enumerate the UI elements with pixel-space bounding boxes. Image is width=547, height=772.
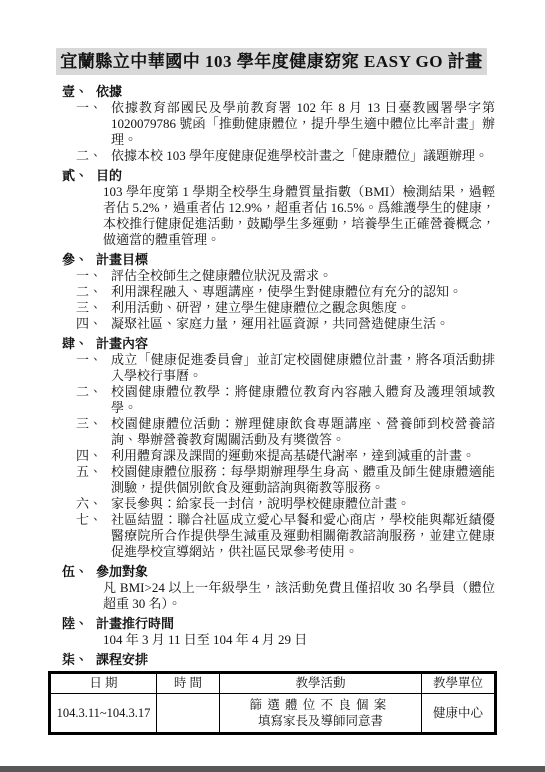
item-text: 評估全校師生之健康體位狀況及需求。 (111, 268, 495, 284)
activity-line-1: 篩選體位不良個案 (220, 697, 421, 713)
section-paragraph: 103 學年度第 1 學期全校學生身體質量指數（BMI）檢測結果，過輕者佔 5.… (48, 184, 495, 248)
section-number: 柒、 (62, 652, 96, 668)
col-header-activity: 教學活動 (220, 673, 422, 694)
list-item: 五、 校園健康體位服務：每學期辦理學生身高、體重及師生健康體適能測驗，提供個別飲… (48, 464, 495, 496)
list-item: 一、 成立「健康促進委員會」並訂定校園健康體位計畫，將各項活動排入學校行事曆。 (48, 352, 495, 384)
section-participants: 伍、 參加對象 凡 BMI>24 以上一年級學生，該活動免費且僅招收 30 名學… (48, 564, 495, 612)
table-row: 104.3.11~104.3.17 篩選體位不良個案 填寫家長及導師同意書 健康… (50, 694, 496, 734)
section-paragraph: 凡 BMI>24 以上一年級學生，該活動免費且僅招收 30 名學員（體位超重 3… (48, 580, 495, 612)
list-item: 四、 利用體育課及課間的運動來提高基礎代謝率，達到減重的計畫。 (48, 448, 495, 464)
list-item: 一、 依據教育部國民及學前教育署 102 年 8 月 13 日臺教國署學字第 1… (48, 100, 495, 148)
section-curriculum: 柒、 課程安排 日 期 時 間 教學活動 教學單位 (48, 652, 495, 735)
list-item: 七、 社區結盟：聯合社區成立愛心早餐和愛心商店，學校能與鄰近績優醫療院所合作提供… (48, 512, 495, 560)
item-number: 二、 (76, 148, 111, 164)
cell-date: 104.3.11~104.3.17 (50, 694, 157, 734)
col-header-unit: 教學單位 (422, 673, 496, 694)
item-text: 社區結盟：聯合社區成立愛心早餐和愛心商店，學校能與鄰近績優醫療院所合作提供學生減… (111, 512, 495, 560)
section-schedule-period: 陸、 計畫推行時間 104 年 3 月 11 日至 104 年 4 月 29 日 (48, 616, 495, 648)
item-number: 三、 (76, 416, 111, 448)
list-item: 一、 評估全校師生之健康體位狀況及需求。 (48, 268, 495, 284)
item-number: 一、 (76, 268, 111, 284)
item-number: 六、 (76, 496, 111, 512)
item-text: 校園健康體位活動：辦理健康飲食專題講座、營養師到校營養諮詢、舉辦營養教育闖關活動… (111, 416, 495, 448)
cell-activity: 篩選體位不良個案 填寫家長及導師同意書 (220, 694, 422, 734)
item-number: 四、 (76, 316, 111, 332)
section-purpose: 貳、 目的 103 學年度第 1 學期全校學生身體質量指數（BMI）檢測結果，過… (48, 168, 495, 248)
section-paragraph: 104 年 3 月 11 日至 104 年 4 月 29 日 (48, 632, 495, 648)
item-text: 家長參與：給家長一封信，說明學校健康體位計畫。 (111, 496, 495, 512)
section-title: 計畫目標 (96, 252, 148, 268)
col-header-date: 日 期 (50, 673, 157, 694)
document-title: 宜蘭縣立中華國中 103 學年度健康窈窕 EASY GO 計畫 (56, 48, 486, 75)
schedule-table: 日 期 時 間 教學活動 教學單位 104.3.11~104.3.17 篩選體位… (48, 671, 497, 735)
section-title: 參加對象 (96, 564, 148, 580)
list-item: 二、 利用課程融入、專題講座，使學生對健康體位有充分的認知。 (48, 284, 495, 300)
section-heading: 柒、 課程安排 (48, 652, 495, 668)
item-text: 利用體育課及課間的運動來提高基礎代謝率，達到減重的計畫。 (111, 448, 495, 464)
section-number: 參、 (62, 252, 96, 268)
section-heading: 參、 計畫目標 (48, 252, 495, 268)
list-item: 四、 凝聚社區、家庭力量，運用社區資源，共同營造健康生活。 (48, 316, 495, 332)
section-heading: 伍、 參加對象 (48, 564, 495, 580)
item-text: 凝聚社區、家庭力量，運用社區資源，共同營造健康生活。 (111, 316, 495, 332)
section-heading: 壹、 依據 (48, 84, 495, 100)
section-number: 壹、 (62, 84, 96, 100)
section-heading: 肆、 計畫內容 (48, 336, 495, 352)
cell-time (157, 694, 220, 734)
document-page: 宜蘭縣立中華國中 103 學年度健康窈窕 EASY GO 計畫 壹、 依據 一、… (0, 0, 547, 772)
item-number: 四、 (76, 448, 111, 464)
activity-line-2: 填寫家長及導師同意書 (220, 713, 421, 729)
item-text: 利用課程融入、專題講座，使學生對健康體位有充分的認知。 (111, 284, 495, 300)
item-text: 利用活動、研習，建立學生健康體位之觀念與態度。 (111, 300, 495, 316)
item-text: 校園健康體位服務：每學期辦理學生身高、體重及師生健康體適能測驗，提供個別飲食及運… (111, 464, 495, 496)
section-title: 目的 (96, 168, 122, 184)
section-goals: 參、 計畫目標 一、 評估全校師生之健康體位狀況及需求。 二、 利用課程融入、專… (48, 252, 495, 332)
item-number: 二、 (76, 284, 111, 300)
item-number: 一、 (76, 100, 111, 148)
document-content: 宜蘭縣立中華國中 103 學年度健康窈窕 EASY GO 計畫 壹、 依據 一、… (0, 0, 545, 735)
col-header-time: 時 間 (157, 673, 220, 694)
section-number: 陸、 (62, 616, 96, 632)
list-item: 二、 依據本校 103 學年度健康促進學校計畫之「健康體位」議題辦理。 (48, 148, 495, 164)
item-text: 依據教育部國民及學前教育署 102 年 8 月 13 日臺教國署學字第 1020… (111, 100, 495, 148)
item-text: 校園健康體位教學：將健康體位教育內容融入體育及護理領域教學。 (111, 384, 495, 416)
title-row: 宜蘭縣立中華國中 103 學年度健康窈窕 EASY GO 計畫 (48, 48, 495, 75)
item-number: 五、 (76, 464, 111, 496)
section-basis: 壹、 依據 一、 依據教育部國民及學前教育署 102 年 8 月 13 日臺教國… (48, 84, 495, 164)
item-number: 一、 (76, 352, 111, 384)
table-header-row: 日 期 時 間 教學活動 教學單位 (50, 673, 496, 694)
item-text: 成立「健康促進委員會」並訂定校園健康體位計畫，將各項活動排入學校行事曆。 (111, 352, 495, 384)
section-heading: 陸、 計畫推行時間 (48, 616, 495, 632)
schedule-table-wrap: 日 期 時 間 教學活動 教學單位 104.3.11~104.3.17 篩選體位… (48, 671, 495, 735)
item-number: 二、 (76, 384, 111, 416)
section-number: 肆、 (62, 336, 96, 352)
cell-unit: 健康中心 (422, 694, 496, 734)
item-number: 三、 (76, 300, 111, 316)
section-title: 計畫內容 (96, 336, 148, 352)
section-content: 肆、 計畫內容 一、 成立「健康促進委員會」並訂定校園健康體位計畫，將各項活動排… (48, 336, 495, 560)
section-title: 依據 (96, 84, 122, 100)
list-item: 三、 利用活動、研習，建立學生健康體位之觀念與態度。 (48, 300, 495, 316)
list-item: 三、 校園健康體位活動：辦理健康飲食專題講座、營養師到校營養諮詢、舉辦營養教育闖… (48, 416, 495, 448)
section-number: 伍、 (62, 564, 96, 580)
section-number: 貳、 (62, 168, 96, 184)
item-number: 七、 (76, 512, 111, 560)
section-title: 課程安排 (96, 652, 148, 668)
section-title: 計畫推行時間 (96, 616, 174, 632)
list-item: 六、 家長參與：給家長一封信，說明學校健康體位計畫。 (48, 496, 495, 512)
item-text: 依據本校 103 學年度健康促進學校計畫之「健康體位」議題辦理。 (111, 148, 495, 164)
section-heading: 貳、 目的 (48, 168, 495, 184)
list-item: 二、 校園健康體位教學：將健康體位教育內容融入體育及護理領域教學。 (48, 384, 495, 416)
